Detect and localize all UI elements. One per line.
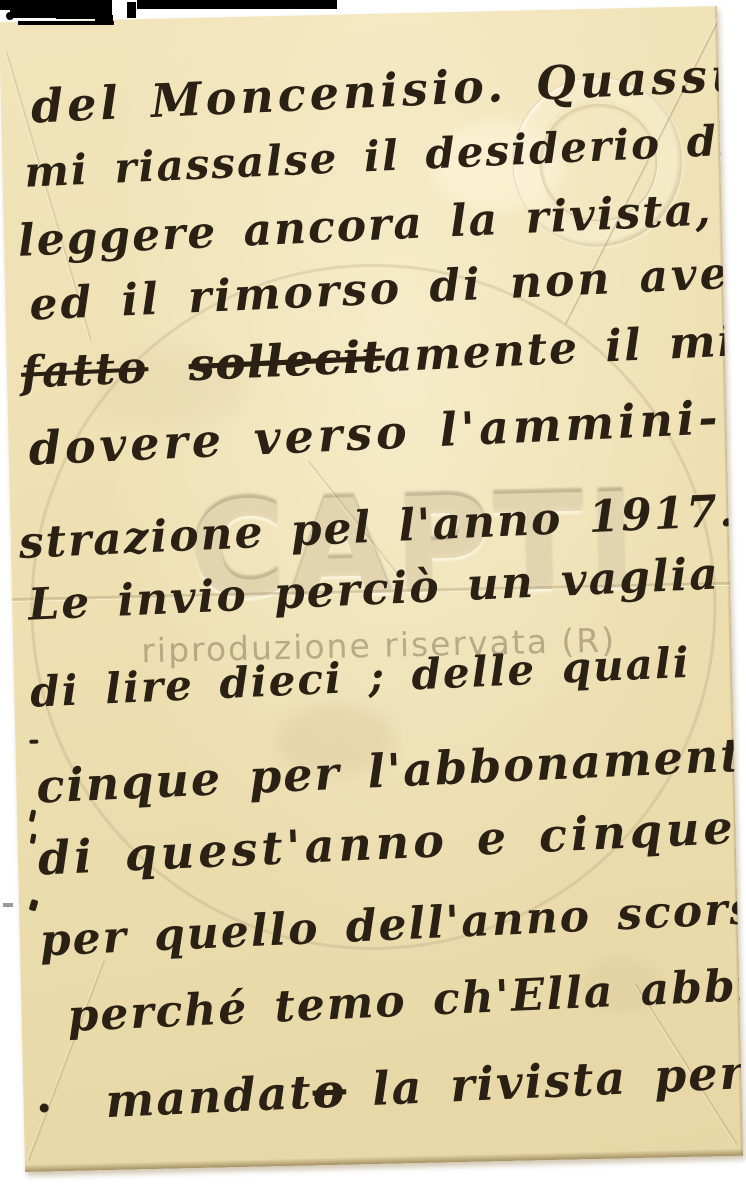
edge-ink-mark: [29, 899, 39, 912]
edge-ink-mark: [30, 833, 37, 844]
overwritten-word: sollecit: [187, 331, 384, 391]
line-rest: la rivista per: [344, 1045, 743, 1117]
scan-artifact: [95, 15, 113, 23]
scan-artifact: [6, 12, 14, 20]
scan-artifact: [137, 0, 337, 9]
letter-paper: CAPTI riproduzione riservata (R) del Mon…: [0, 6, 743, 1172]
paper-bottom-edge-shadow: [25, 1149, 743, 1172]
letter-line-corrected: mandato la rivista per: [105, 1049, 743, 1124]
scan-artifact: [127, 2, 136, 18]
scan-artifact: [10, 10, 56, 18]
scanned-letter-page: CAPTI riproduzione riservata (R) del Mon…: [0, 0, 746, 1200]
line-pre: mandat: [104, 1065, 313, 1128]
scan-speck: [3, 903, 13, 907]
letter-line: perché temo ch'Ella abbia: [67, 962, 743, 1039]
edge-ink-mark: [29, 740, 38, 744]
edge-ink-mark: [29, 809, 37, 822]
struck-letter: o: [311, 1063, 346, 1118]
struck-word: fatto: [20, 342, 150, 399]
